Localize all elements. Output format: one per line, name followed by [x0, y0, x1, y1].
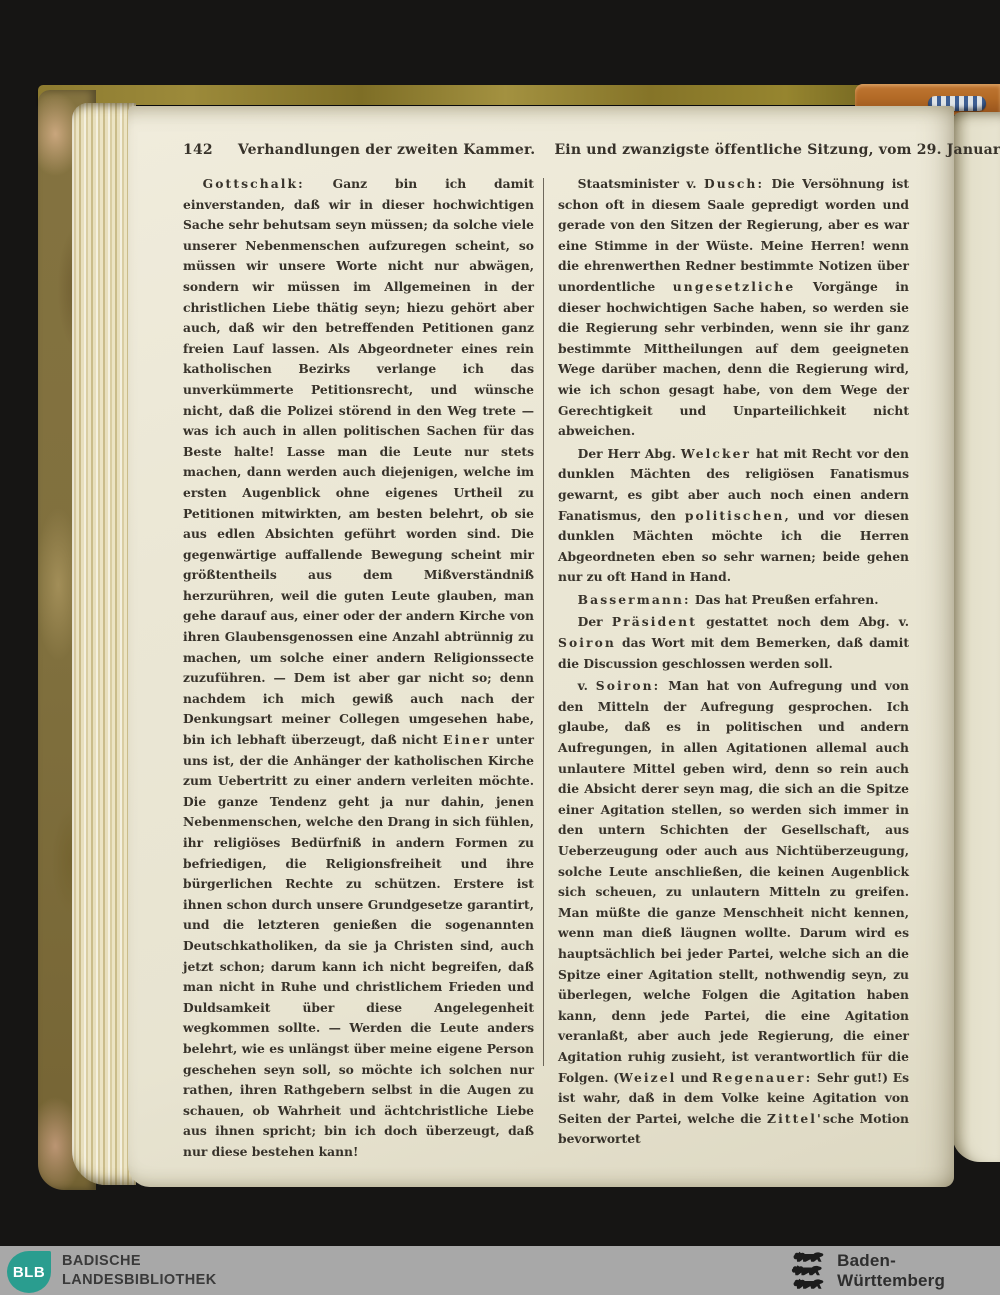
text-column-right: Staatsminister v. Dusch: Die Versöhnung …: [558, 174, 909, 1165]
scanned-page: 142 Verhandlungen der zweiten Kammer. Ei…: [128, 106, 954, 1187]
text-column-left: Gottschalk: Ganz bin ich damit einversta…: [183, 174, 534, 1165]
paragraph-praesident: Der Präsident gestattet noch dem Abg. v.…: [558, 612, 909, 674]
adjacent-page-edge: [952, 112, 1000, 1162]
header-title: Verhandlungen der zweiten Kammer.: [238, 142, 535, 158]
text-columns: Gottschalk: Ganz bin ich damit einversta…: [183, 174, 909, 1165]
book-cover-top-edge: [38, 85, 888, 105]
header-session: Ein und zwanzigste öffentliche Sitzung, …: [554, 142, 1000, 158]
paragraph-dusch: Staatsminister v. Dusch: Die Versöhnung …: [558, 174, 909, 442]
page-content: 142 Verhandlungen der zweiten Kammer. Ei…: [128, 106, 954, 1187]
paragraph-bassermann: Bassermann: Das hat Preußen erfahren.: [558, 590, 909, 611]
blb-logo-icon: BLB: [7, 1251, 51, 1293]
scan-viewer: 142 Verhandlungen der zweiten Kammer. Ei…: [0, 0, 1000, 1295]
three-lions-coat-of-arms-icon: [790, 1249, 827, 1293]
page-stack-edges: [72, 103, 136, 1185]
paragraph-welcker: Der Herr Abg. Welcker hat mit Recht vor …: [558, 444, 909, 588]
state-branding: Baden-Württemberg: [790, 1246, 1000, 1295]
library-name: BADISCHE LANDESBIBLIOTHEK: [62, 1252, 217, 1290]
blb-logo-text: BLB: [13, 1264, 45, 1281]
page-number: 142: [183, 142, 213, 158]
library-name-line2: LANDESBIBLIOTHEK: [62, 1271, 217, 1290]
library-footer-bar: BLB BADISCHE LANDESBIBLIOTHEK Baden-Würt…: [0, 1246, 1000, 1295]
paragraph-soiron: v. Soiron: Man hat von Aufregung und von…: [558, 676, 909, 1150]
library-name-line1: BADISCHE: [62, 1252, 217, 1271]
state-name: Baden-Württemberg: [837, 1251, 1000, 1291]
paragraph-gottschalk: Gottschalk: Ganz bin ich damit einversta…: [183, 174, 534, 1163]
page-header: 142 Verhandlungen der zweiten Kammer. Ei…: [183, 142, 909, 158]
